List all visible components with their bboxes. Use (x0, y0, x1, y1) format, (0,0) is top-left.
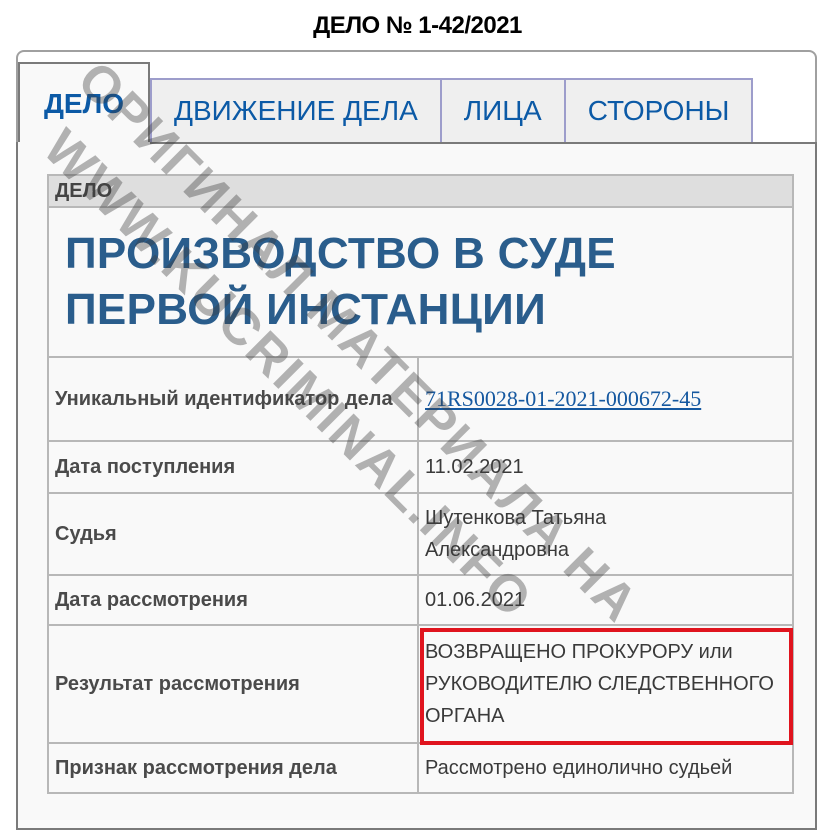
table-row: Дата поступления 11.02.2021 (48, 441, 793, 493)
page-title: ДЕЛО № 1-42/2021 (0, 12, 835, 40)
tab-storony[interactable]: СТОРОНЫ (565, 78, 754, 144)
tab-delo[interactable]: ДЕЛО (18, 62, 150, 144)
row-label: Результат рассмотрения (48, 625, 418, 743)
stage-title-row: ПРОИЗВОДСТВО В СУДЕ ПЕРВОЙ ИНСТАНЦИИ (48, 207, 793, 357)
table-row: Судья Шутенкова Татьяна Александровна (48, 493, 793, 575)
row-label: Судья (48, 493, 418, 575)
table-row: Дата рассмотрения 01.06.2021 (48, 575, 793, 625)
tab-dvizhenie-dela[interactable]: ДВИЖЕНИЕ ДЕЛА (150, 78, 441, 144)
table-row: Уникальный идентификатор дела 71RS0028-0… (48, 357, 793, 441)
row-label: Дата поступления (48, 441, 418, 493)
section-header-row: ДЕЛО (48, 175, 793, 207)
row-value: Рассмотрено единолично судьей (418, 743, 793, 793)
row-value: Шутенкова Татьяна Александровна (418, 493, 793, 575)
row-value: ВОЗВРАЩЕНО ПРОКУРОРУ или РУКОВОДИТЕЛЮ СЛ… (418, 625, 793, 743)
stage-title: ПРОИЗВОДСТВО В СУДЕ ПЕРВОЙ ИНСТАНЦИИ (48, 207, 793, 357)
table-row: Результат рассмотрения ВОЗВРАЩЕНО ПРОКУР… (48, 625, 793, 743)
row-label: Уникальный идентификатор дела (48, 357, 418, 441)
case-info-table: ДЕЛО ПРОИЗВОДСТВО В СУДЕ ПЕРВОЙ ИНСТАНЦИ… (47, 174, 794, 794)
tab-bar: ДЕЛО ДВИЖЕНИЕ ДЕЛА ЛИЦА СТОРОНЫ (18, 62, 753, 144)
row-value: 01.06.2021 (418, 575, 793, 625)
tab-litsa[interactable]: ЛИЦА (441, 78, 565, 144)
panel-divider (150, 142, 817, 144)
stage-title-line2: ПЕРВОЙ ИНСТАНЦИИ (65, 282, 776, 338)
row-value: 11.02.2021 (418, 441, 793, 493)
judge-name: Шутенкова Татьяна Александровна (425, 502, 655, 566)
case-uid-link[interactable]: 71RS0028-01-2021-000672-45 (425, 386, 701, 411)
result-text: ВОЗВРАЩЕНО ПРОКУРОРУ или РУКОВОДИТЕЛЮ СЛ… (425, 636, 785, 732)
table-row: Признак рассмотрения дела Рассмотрено ед… (48, 743, 793, 793)
row-label: Дата рассмотрения (48, 575, 418, 625)
section-header: ДЕЛО (48, 175, 793, 207)
stage-title-line1: ПРОИЗВОДСТВО В СУДЕ (65, 226, 776, 282)
row-value: 71RS0028-01-2021-000672-45 (418, 357, 793, 441)
row-label: Признак рассмотрения дела (48, 743, 418, 793)
